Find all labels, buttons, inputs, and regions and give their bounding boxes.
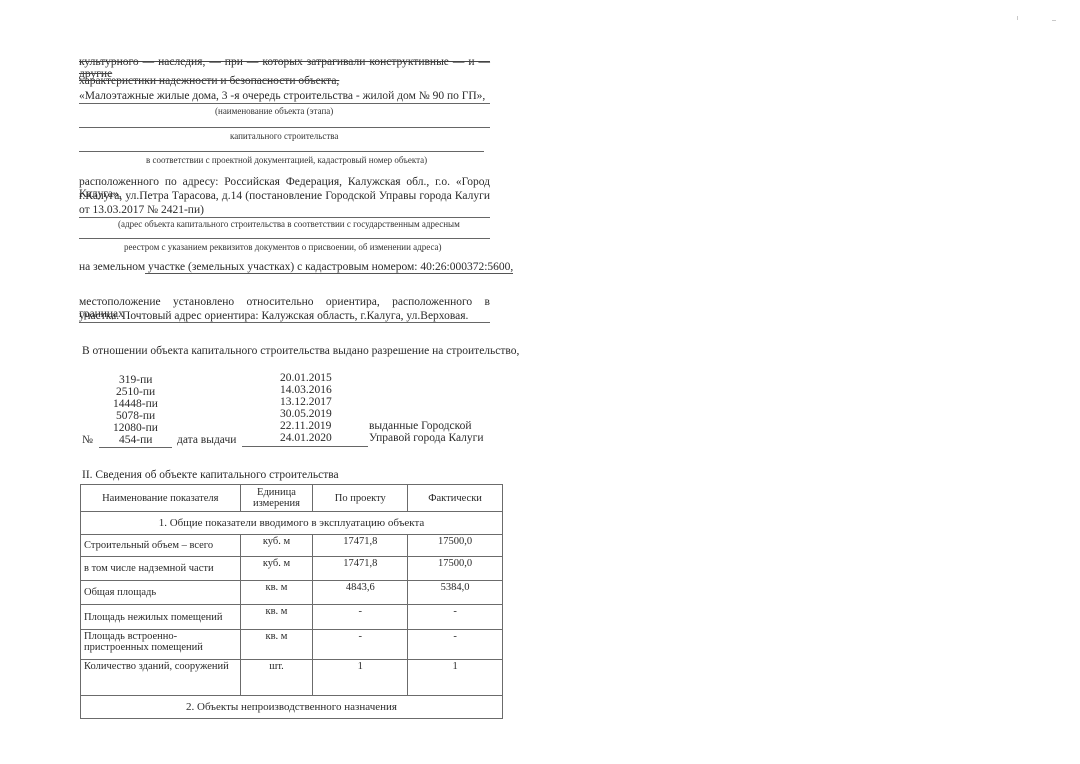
scan-mark [1052,20,1056,21]
section-1-label: 1. Общие показатели вводимого в эксплуат… [81,512,503,535]
address-line [79,217,490,218]
permit-date-line [242,446,368,447]
row-actual: 5384,0 [408,581,503,605]
permit-number-sign: № [82,434,93,446]
permit-number: 319-пи [119,374,152,386]
permit-number: 14448-пи [113,398,158,410]
row-project: 17471,8 [313,535,408,557]
table-row: Количество зданий, сооружений шт. 1 1 [81,660,503,696]
row-actual: - [408,630,503,660]
row-actual: - [408,605,503,630]
permit-date: 30.05.2019 [280,408,332,420]
issued-by-line-2: Управой города Калуги [369,432,484,444]
caption-address-2: реестром с указанием реквизитов документ… [124,242,442,252]
issued-by-line-1: выданные Городской [369,420,472,432]
header-actual: Фактически [408,485,503,512]
table-row: Площадь нежилых помещений кв. м - - [81,605,503,630]
table-row: Площадь встроенно-пристроенных помещений… [81,630,503,660]
object-info-table: Наименование показателя Единицаизмерения… [80,484,503,719]
row-project: - [313,630,408,660]
row-project: - [313,605,408,630]
row-unit: кв. м [240,605,313,630]
permit-intro: В отношении объекта капитального строите… [82,345,519,357]
location-line [79,322,490,323]
issue-date-label: дата выдачи [177,434,236,446]
object-name-line [79,103,490,104]
caption-object-name: (наименование объекта (этапа) [215,106,333,116]
row-name: Количество зданий, сооружений [81,660,241,696]
address-line-2: г.Калуга, ул.Петра Тарасова, д.14 (поста… [79,190,490,202]
permit-date: 20.01.2015 [280,372,332,384]
row-project: 17471,8 [313,557,408,581]
permit-date: 22.11.2019 [280,420,331,432]
header-project: По проекту [313,485,408,512]
table-row: Общая площадь кв. м 4843,6 5384,0 [81,581,503,605]
land-cadastral: участке (земельных участках) с кадастров… [145,261,513,274]
permit-number-line [99,447,172,448]
struck-line-2: характеристики надежности и безопасности… [79,75,339,87]
row-unit: кв. м [240,581,313,605]
row-name: Общая площадь [81,581,241,605]
land-prefix: на земельном [79,261,145,273]
row-actual: 17500,0 [408,535,503,557]
row-unit: куб. м [240,557,313,581]
row-project: 1 [313,660,408,696]
header-indicator: Наименование показателя [81,485,241,512]
header-unit-line-2: измерения [253,498,300,509]
row-unit: шт. [240,660,313,696]
table-section-row: 2. Объекты непроизводственного назначени… [81,696,503,719]
section-title: II. Сведения об объекте капитального стр… [82,469,339,481]
blank-line-2 [79,151,484,152]
row-name: Площадь нежилых помещений [81,605,241,630]
blank-line-3 [79,238,490,239]
land-parcel: на земельном участке (земельных участках… [79,261,513,273]
permit-date: 14.03.2016 [280,384,332,396]
section-2-label: 2. Объекты непроизводственного назначени… [81,696,503,719]
caption-address-1: (адрес объекта капитального строительств… [118,219,460,229]
row-name-line-2: пристроенных помещений [84,642,203,653]
row-unit: куб. м [240,535,313,557]
blank-line-1 [79,127,490,128]
table-header-row: Наименование показателя Единицаизмерения… [81,485,503,512]
permit-number: 454-пи [119,434,152,446]
header-unit: Единицаизмерения [240,485,313,512]
row-name: Площадь встроенно-пристроенных помещений [81,630,241,660]
object-name: «Малоэтажные жилые дома, 3 -я очередь ст… [79,90,485,102]
location-line-2: участка. Почтовый адрес ориентира: Калуж… [79,310,468,322]
row-unit: кв. м [240,630,313,660]
row-name: в том числе надземной части [81,557,241,581]
row-project: 4843,6 [313,581,408,605]
caption-capital: капитального строительства [230,131,338,141]
row-name: Строительный объем – всего [81,535,241,557]
table-row: в том числе надземной части куб. м 17471… [81,557,503,581]
scan-mark [1017,16,1018,20]
table-row: Строительный объем – всего куб. м 17471,… [81,535,503,557]
row-actual: 1 [408,660,503,696]
caption-project: в соответствии с проектной документацией… [146,155,427,165]
row-name-line-1: Площадь встроенно- [84,631,177,642]
permit-date: 13.12.2017 [280,396,332,408]
permit-number: 2510-пи [116,386,155,398]
address-line-3: от 13.03.2017 № 2421-пи) [79,204,204,216]
table-section-row: 1. Общие показатели вводимого в эксплуат… [81,512,503,535]
row-actual: 17500,0 [408,557,503,581]
permit-number: 5078-пи [116,410,155,422]
permit-date: 24.01.2020 [280,432,332,444]
permit-number: 12080-пи [113,422,158,434]
header-unit-line-1: Единица [257,487,296,498]
